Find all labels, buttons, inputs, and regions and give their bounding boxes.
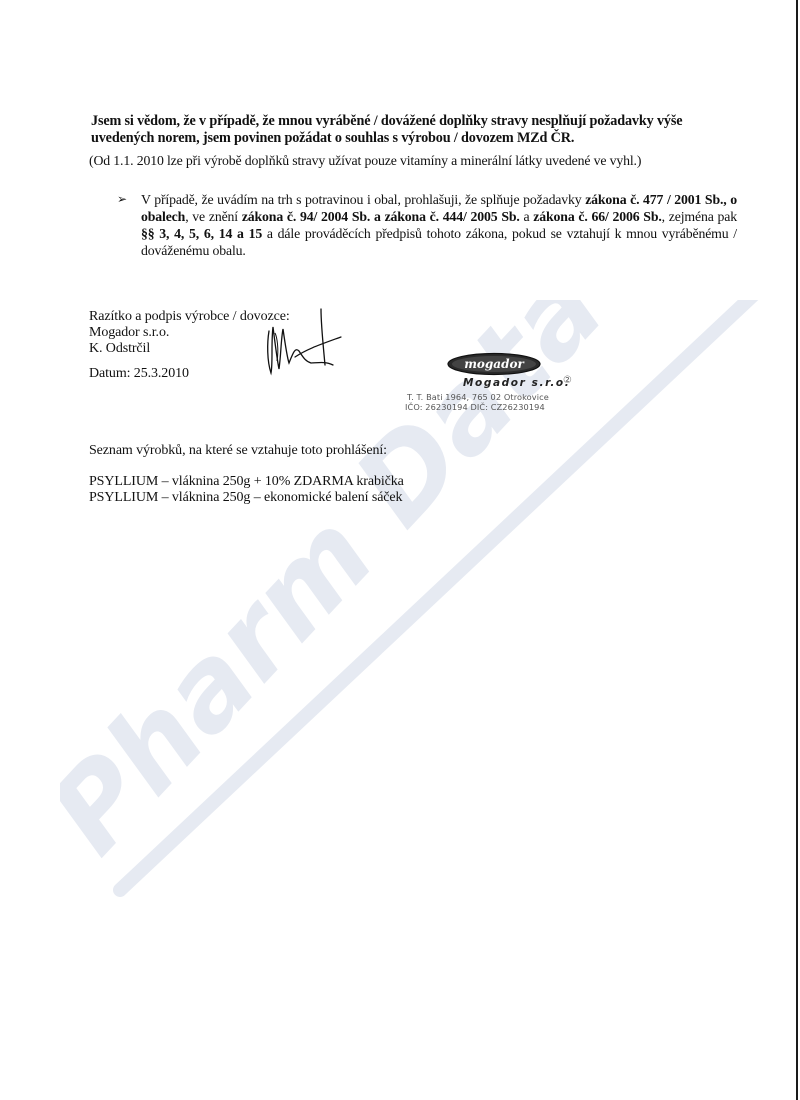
svg-text:mogador: mogador [464,357,525,371]
packaging-declaration-text: V případě, že uvádím na trh s potravinou… [141,191,737,259]
text-segment: a [520,209,534,224]
law-reference: zákona č. 66/ 2006 Sb. [533,209,661,224]
arrow-bullet-icon: ➢ [117,191,127,208]
text-segment: , zejména pak [662,209,737,224]
packaging-declaration-bullet: ➢ V případě, že uvádím na trh s potravin… [117,191,737,259]
registered-mark-icon: ② [563,375,572,386]
product-item: PSYLLIUM – vláknina 250g – ekonomické ba… [89,490,404,506]
stamp-address: T. T. Bati 1964, 765 02 Otrokovice [407,392,549,402]
mogador-logo-icon: mogador [446,352,542,376]
law-reference: zákona č. 94/ 2004 Sb. a zákona č. 444/ … [242,209,520,224]
handwritten-signature [255,303,345,383]
products-list: PSYLLIUM – vláknina 250g + 10% ZDARMA kr… [89,474,404,505]
regulation-note: (Od 1.1. 2010 lze při výrobě doplňků str… [89,152,749,169]
stamp-company-ids: IČO: 26230194 DIČ: CZ26230194 [405,402,545,412]
text-segment: V případě, že uvádím na trh s potravinou… [141,192,585,207]
product-item: PSYLLIUM – vláknina 250g + 10% ZDARMA kr… [89,474,404,490]
law-reference: §§ 3, 4, 5, 6, 14 a 15 [141,226,262,241]
products-list-title: Seznam výrobků, na které se vztahuje tot… [89,443,387,459]
stamp-company-name: Mogador s.r.o. [463,377,570,389]
date-line: Datum: 25.3.2010 [89,366,189,382]
page-edge-line [796,0,798,1100]
declaration-paragraph: Jsem si vědom, že v případě, že mnou vyr… [91,113,741,147]
text-segment: , ve znění [185,209,242,224]
company-stamp: mogador Mogador s.r.o. ② T. T. Bati 1964… [405,348,595,416]
